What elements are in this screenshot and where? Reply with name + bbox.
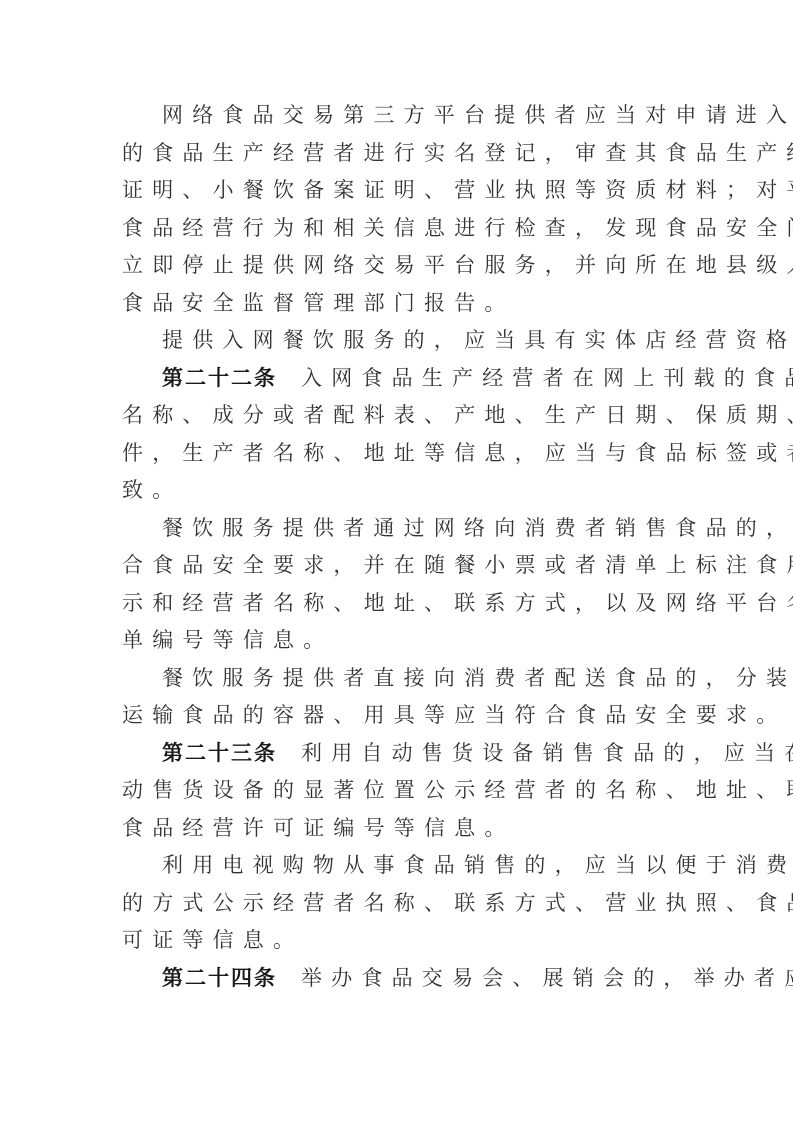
article-line: 第二十四条举办食品交易会、展销会的，举办者应当 — [162, 963, 793, 993]
article-text: 入网食品生产经营者在网上刊载的食品 — [301, 366, 793, 390]
text-line: 件，生产者名称、地址等信息，应当与食品标签或者标识一 — [122, 438, 793, 468]
text-line: 网络食品交易第三方平台提供者应当对申请进入平台 — [162, 100, 793, 130]
text-line: 致。 — [122, 475, 182, 505]
text-line: 餐饮服务提供者通过网络向消费者销售食品的，应当符 — [162, 513, 793, 543]
text-line: 名称、成分或者配料表、产地、生产日期、保质期、贮存条 — [122, 400, 793, 430]
text-line: 提供入网餐饮服务的，应当具有实体店经营资格。 — [162, 325, 793, 355]
text-line: 动售货设备的显著位置公示经营者的名称、地址、联系方式、 — [122, 775, 793, 805]
article-line: 第二十三条利用自动售货设备销售食品的，应当在自 — [162, 738, 793, 768]
article-heading: 第二十三条 — [162, 741, 277, 765]
document-page: 网络食品交易第三方平台提供者应当对申请进入平台 的食品生产经营者进行实名登记，审… — [0, 0, 793, 1122]
text-line: 食品安全监督管理部门报告。 — [122, 288, 515, 318]
text-line: 食品经营许可证编号等信息。 — [122, 813, 515, 843]
text-line: 运输食品的容器、用具等应当符合食品安全要求。 — [122, 700, 786, 730]
text-line: 单编号等信息。 — [122, 625, 333, 655]
text-line: 食品经营行为和相关信息进行检查，发现食品安全问题的， — [122, 213, 793, 243]
article-text: 利用自动售货设备销售食品的，应当在自 — [301, 741, 793, 765]
text-line: 合食品安全要求，并在随餐小票或者清单上标注食用时间提 — [122, 550, 793, 580]
article-line: 第二十二条入网食品生产经营者在网上刊载的食品 — [162, 363, 793, 393]
text-line: 利用电视购物从事食品销售的，应当以便于消费者识别 — [162, 850, 793, 880]
text-line: 餐饮服务提供者直接向消费者配送食品的，分装、贮存、 — [162, 663, 793, 693]
article-text: 举办食品交易会、展销会的，举办者应当 — [301, 966, 793, 990]
text-line: 的食品生产经营者进行实名登记，审查其食品生产经营许可 — [122, 138, 793, 168]
text-line: 证明、小餐饮备案证明、营业执照等资质材料；对平台上的 — [122, 175, 793, 205]
article-heading: 第二十四条 — [162, 966, 277, 990]
text-line: 的方式公示经营者名称、联系方式、营业执照、食品经营许 — [122, 888, 793, 918]
text-line: 立即停止提供网络交易平台服务，并向所在地县级人民政府 — [122, 250, 793, 280]
article-heading: 第二十二条 — [162, 366, 277, 390]
text-line: 示和经营者名称、地址、联系方式，以及网络平台名称、订 — [122, 588, 793, 618]
text-line: 可证等信息。 — [122, 925, 303, 955]
